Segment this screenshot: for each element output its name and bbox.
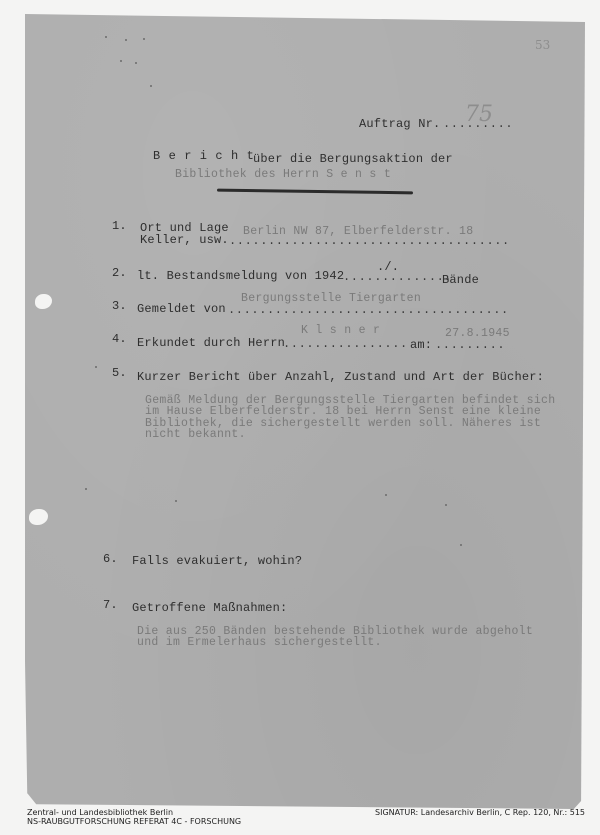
footer-institution: Zentral- und Landesbibliothek Berlin <box>27 808 173 817</box>
item-2-suffix: Bände <box>442 273 479 287</box>
punch-hole-bottom <box>29 509 48 525</box>
item-4-date-value: 27.8.1945 <box>445 327 510 340</box>
item-2-number: 2. <box>112 266 127 280</box>
item-4-date-label: am: <box>410 338 432 352</box>
item-2-label: lt. Bestandsmeldung von 1942 <box>137 269 344 283</box>
item-2-value: ./. <box>377 260 399 274</box>
item-4-investigator-value: K l s n e r <box>301 324 380 337</box>
item-4-label: Erkundet durch Herrn <box>137 336 285 350</box>
archive-page-number: 53 <box>535 38 550 52</box>
item-7-number: 7. <box>103 598 118 612</box>
speck <box>95 366 97 368</box>
item-3-reported-by-value: Bergungsstelle Tiergarten <box>241 292 421 305</box>
ink-smudge <box>10 656 27 676</box>
speck <box>120 60 122 62</box>
speck <box>85 488 87 490</box>
speck <box>150 85 152 87</box>
footer-department: NS-RAUBGUTFORSCHUNG REFERAT 4C - FORSCHU… <box>27 817 241 826</box>
item-5-label: Kurzer Bericht über Anzahl, Zustand und … <box>137 370 544 384</box>
item-4-date-dots: ......... <box>435 338 505 352</box>
item-1-label-line2: Keller, usw. <box>140 233 229 247</box>
report-title-spaced: B e r i c h t <box>153 149 254 163</box>
speck <box>105 36 107 38</box>
item-5-number: 5. <box>112 366 127 380</box>
speck <box>385 494 387 496</box>
item-6-label: Falls evakuiert, wohin? <box>132 554 302 568</box>
speck <box>135 62 137 64</box>
item-7-label: Getroffene Maßnahmen: <box>132 601 287 615</box>
speck <box>445 504 447 506</box>
footer-signature: SIGNATUR: Landesarchiv Berlin, C Rep. 12… <box>375 808 585 817</box>
library-name: Bibliothek des Herrn S e n s t <box>175 168 391 181</box>
speck <box>143 38 145 40</box>
item-7-text-line-2: und im Ermelerhaus sichergestellt. <box>137 636 382 649</box>
item-1-number: 1. <box>112 219 127 233</box>
speck <box>175 500 177 502</box>
item-3-label: Gemeldet von <box>137 302 226 316</box>
item-4-number: 4. <box>112 332 127 346</box>
item-6-number: 6. <box>103 552 118 566</box>
item-4-dots: ................ <box>283 337 408 351</box>
report-title-rest: über die Bergungsaktion der <box>253 152 453 166</box>
item-1-location-value: Berlin NW 87, Elberfelderstr. 18 <box>243 225 473 238</box>
punch-hole-top <box>35 294 52 309</box>
order-number: 75 <box>465 102 493 127</box>
order-label: Auftrag Nr. <box>359 117 440 131</box>
title-underline <box>217 189 413 195</box>
item-3-dots: ........................................… <box>228 303 510 317</box>
speck <box>125 39 127 41</box>
item-3-number: 3. <box>112 299 127 313</box>
speck <box>460 544 462 546</box>
scanned-document-page: 53 Auftrag Nr. ......... 75 B e r i c h … <box>25 14 585 809</box>
item-5-text-line-4: nicht bekannt. <box>145 428 246 441</box>
